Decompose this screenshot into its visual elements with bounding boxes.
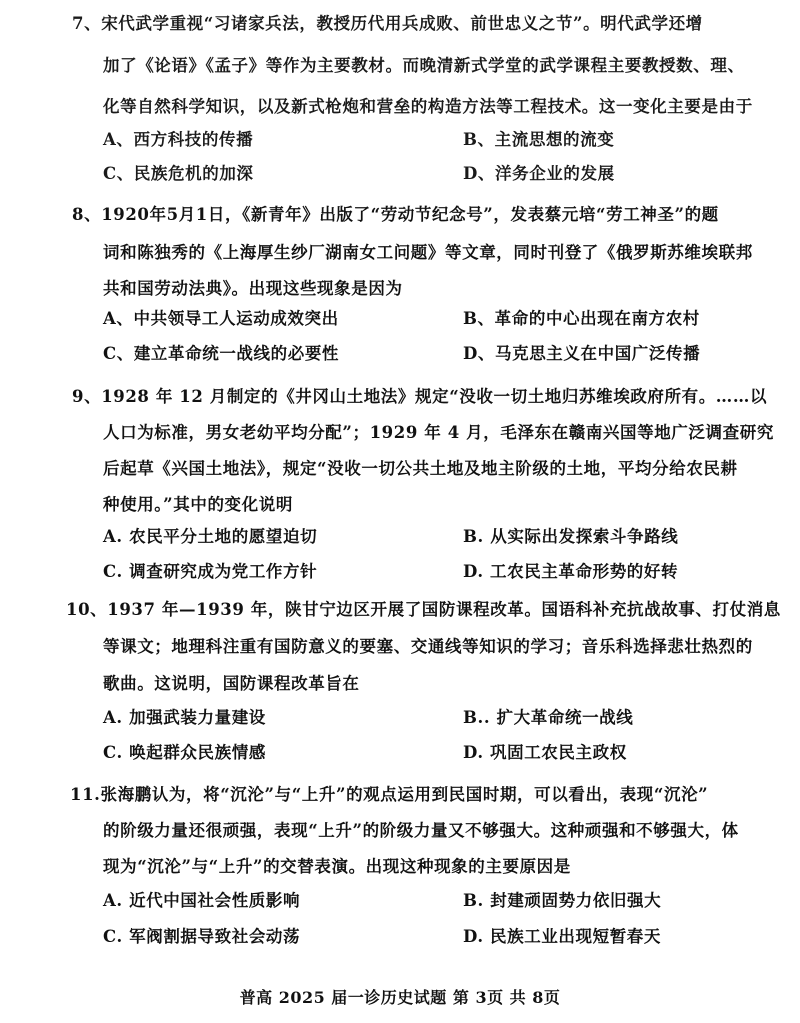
option-7b: B、主流思想的流变 [463,126,614,150]
question-number: 7、 [72,14,101,33]
option-7d: D、洋务企业的发展 [463,160,615,184]
question-11-line-2: 的阶级力量还很顽强，表现“上升”的阶级力量又不够强大。这种顽强和不够强大，体 [103,817,739,841]
question-9-line-3: 后起草《兴国土地法》，规定“没收一切公共土地及地主阶级的土地，平均分给农民耕 [103,455,738,479]
question-10-line-1: 10、1937 年—1939 年，陕甘宁边区开展了国防课程改革。国语科补充抗战故… [66,596,781,620]
question-text: 张海鹏认为，将“沉沦”与“上升”的观点运用到民国时期，可以看出，表现“沉沦” [101,785,709,804]
option-11d: D. 民族工业出现短暂春天 [463,923,661,947]
page-footer: 普高 2025 届一诊历史试题 第 3页 共 8页 [0,985,800,1008]
question-7-line-1: 7、宋代武学重视“习诸家兵法，教授历代用兵成败、前世忠义之节”。明代武学还增 [72,10,703,34]
question-8-line-2: 词和陈独秀的《上海厚生纱厂湖南女工问题》等文章，同时刊登了《俄罗斯苏维埃联邦 [103,239,753,263]
option-8a: A、中共领导工人运动成效突出 [103,305,339,329]
option-11b: B. 封建顽固势力依旧强大 [463,887,661,911]
question-9-line-4: 种使用。”其中的变化说明 [103,491,293,515]
option-11c: C. 军阀割据导致社会动荡 [103,923,300,947]
option-10b: B.. 扩大革命统一战线 [463,704,633,728]
question-9-line-1: 9、1928 年 12 月制定的《井冈山土地法》规定“没收一切土地归苏维埃政府所… [72,383,767,407]
question-text: 1920年5月1日，《新青年》出版了“劳动节纪念号”，发表蔡元培“劳工神圣”的题 [101,205,719,224]
option-9d: D. 工农民主革命形势的好转 [463,558,678,582]
question-11-line-1: 11.张海鹏认为，将“沉沦”与“上升”的观点运用到民国时期，可以看出，表现“沉沦… [70,781,708,805]
option-9a: A. 农民平分土地的愿望迫切 [103,523,317,547]
option-8c: C、建立革命统一战线的必要性 [103,340,339,364]
question-8-line-1: 8、1920年5月1日，《新青年》出版了“劳动节纪念号”，发表蔡元培“劳工神圣”… [72,201,719,225]
option-10c: C. 唤起群众民族情感 [103,739,266,763]
option-10d: D. 巩固工农民主政权 [463,739,627,763]
option-8d: D、马克思主义在中国广泛传播 [463,340,700,364]
question-number: 11. [70,785,101,804]
question-number: 10、 [66,600,107,619]
question-text: 1937 年—1939 年，陕甘宁边区开展了国防课程改革。国语科补充抗战故事、打… [107,600,781,619]
question-10-line-2: 等课文；地理科注重有国防意义的要塞、交通线等知识的学习；音乐科选择悲壮热烈的 [103,633,753,657]
question-number: 9、 [72,387,101,406]
option-7a: A、西方科技的传播 [103,126,253,150]
option-8b: B、革命的中心出现在南方农村 [463,305,700,329]
question-10-line-3: 歌曲。这说明，国防课程改革旨在 [103,670,360,694]
option-9b: B. 从实际出发探索斗争路线 [463,523,678,547]
question-7-line-2: 加了《论语》《孟子》等作为主要教材。而晚清新式学堂的武学课程主要教授数、理、 [103,52,745,76]
question-text: 宋代武学重视“习诸家兵法，教授历代用兵成败、前世忠义之节”。明代武学还增 [101,14,703,33]
option-9c: C. 调查研究成为党工作方针 [103,558,317,582]
question-9-line-2: 人口为标准，男女老幼平均分配”；1929 年 4 月，毛泽东在赣南兴国等地广泛调… [103,419,774,443]
option-7c: C、民族危机的加深 [103,160,254,184]
question-7-line-3: 化等自然科学知识，以及新式枪炮和营垒的构造方法等工程技术。这一变化主要是由于 [103,93,753,117]
question-8-line-3: 共和国劳动法典》。出现这些现象是因为 [103,275,403,299]
question-number: 8、 [72,205,101,224]
question-text: 1928 年 12 月制定的《井冈山土地法》规定“没收一切土地归苏维埃政府所有。… [101,387,767,406]
question-11-line-3: 现为“沉沦”与“上升”的交替表演。出现这种现象的主要原因是 [103,853,571,877]
option-10a: A. 加强武装力量建设 [103,704,266,728]
option-11a: A. 近代中国社会性质影响 [103,887,300,911]
